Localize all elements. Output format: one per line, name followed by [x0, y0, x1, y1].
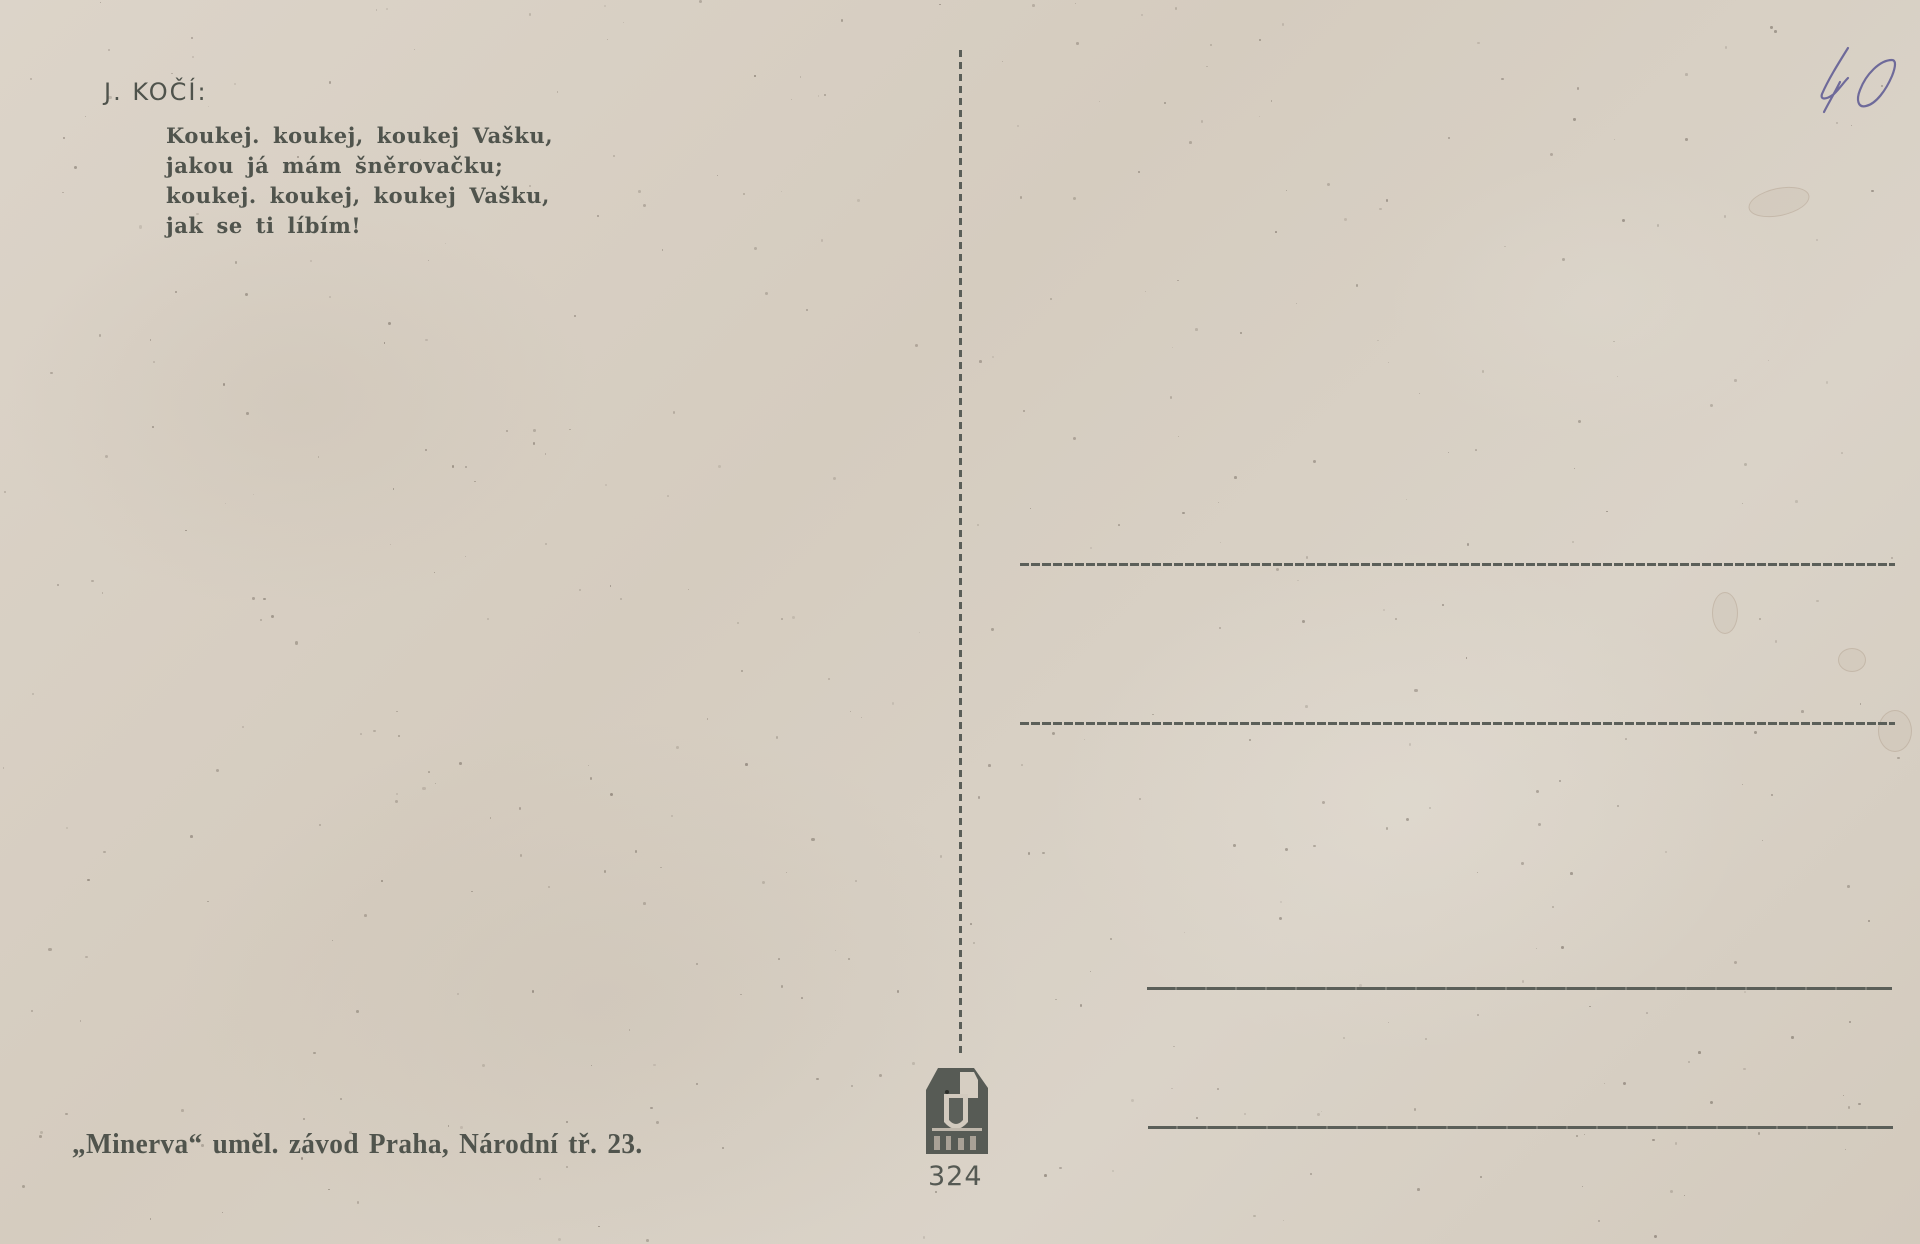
card-serial-number: 324 [928, 1161, 983, 1192]
paper-stain [1878, 710, 1912, 752]
center-divider-line [959, 50, 962, 1055]
handwritten-price-note [1800, 42, 1900, 118]
paper-stain [1712, 592, 1738, 634]
address-line-solid [1147, 987, 1892, 990]
address-line-dashed [1020, 563, 1895, 566]
poem-line: jakou já mám šněrovačku; [166, 151, 553, 181]
poem-line: koukej. koukej, koukej Vašku, [166, 181, 553, 211]
publisher-imprint: „Minerva“ uměl. závod Praha, Národní tř.… [72, 1128, 643, 1161]
minerva-logo-icon [924, 1066, 990, 1158]
address-line-solid [1148, 1126, 1893, 1129]
address-line-dashed [1020, 722, 1895, 725]
poem-verse: Koukej. koukej, koukej Vašku, jakou já m… [166, 121, 553, 241]
author-heading: J. KOČÍ: [104, 78, 208, 106]
poem-line: jak se ti líbím! [166, 211, 553, 241]
poem-line: Koukej. koukej, koukej Vašku, [166, 121, 553, 151]
paper-stain [1838, 648, 1866, 672]
